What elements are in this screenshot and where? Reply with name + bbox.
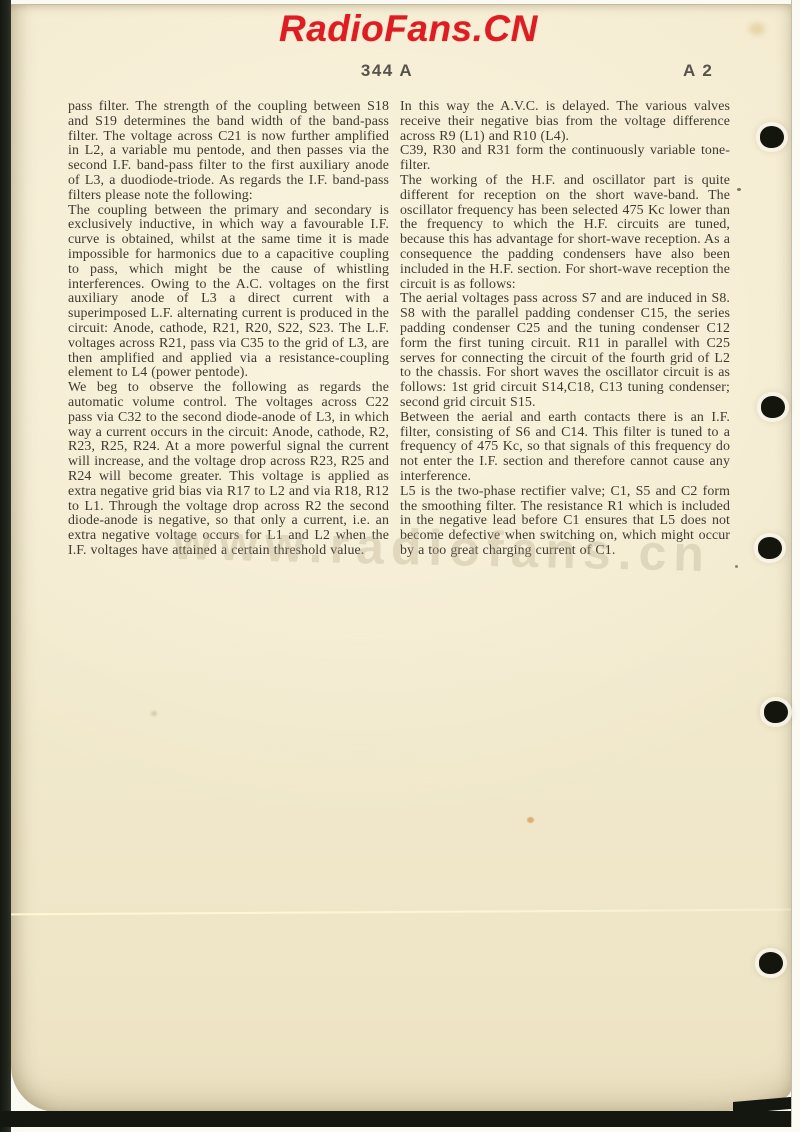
paragraph: In this way the A.V.C. is delayed. The v…	[400, 100, 730, 144]
paper-crease-line	[11, 909, 791, 916]
page-number: A 2	[683, 61, 733, 81]
scan-edge-bottom	[0, 1111, 800, 1127]
brand-watermark: RadioFans.CN	[279, 8, 538, 50]
ink-speck	[737, 188, 741, 191]
paper-stain	[151, 711, 157, 716]
left-column: pass filter. The strength of the couplin…	[68, 100, 389, 559]
scan-background-right	[791, 0, 800, 1132]
scan-edge-left	[0, 0, 11, 1132]
paragraph: Between the aerial and earth contacts th…	[400, 411, 730, 485]
paragraph: The working of the H.F. and oscillator p…	[400, 174, 730, 292]
punch-hole	[764, 701, 788, 723]
paper-sheet: RadioFans.CN 344 A A 2 pass filter. The …	[11, 4, 791, 1112]
ink-speck	[735, 565, 738, 568]
paragraph: L5 is the two-phase rectifier valve; C1,…	[400, 485, 730, 559]
document-number: 344 A	[341, 61, 433, 81]
punch-hole	[761, 396, 785, 418]
scan-background-bottom	[26, 1127, 800, 1132]
paragraph: pass filter. The strength of the couplin…	[68, 100, 389, 204]
paragraph: The aerial voltages pass across S7 and a…	[400, 292, 730, 410]
paragraph: The coupling between the primary and sec…	[68, 204, 389, 382]
scanned-document-page: RadioFans.CN 344 A A 2 pass filter. The …	[0, 0, 800, 1132]
paragraph: We beg to observe the following as regar…	[68, 381, 389, 559]
punch-hole	[759, 952, 783, 974]
punch-hole	[758, 537, 782, 559]
punch-hole	[760, 126, 784, 148]
text-columns: pass filter. The strength of the couplin…	[68, 100, 730, 559]
paper-stain	[527, 817, 534, 823]
paper-stain	[749, 23, 765, 35]
right-column: In this way the A.V.C. is delayed. The v…	[400, 100, 730, 559]
paragraph: C39, R30 and R31 form the continuously v…	[400, 144, 730, 174]
